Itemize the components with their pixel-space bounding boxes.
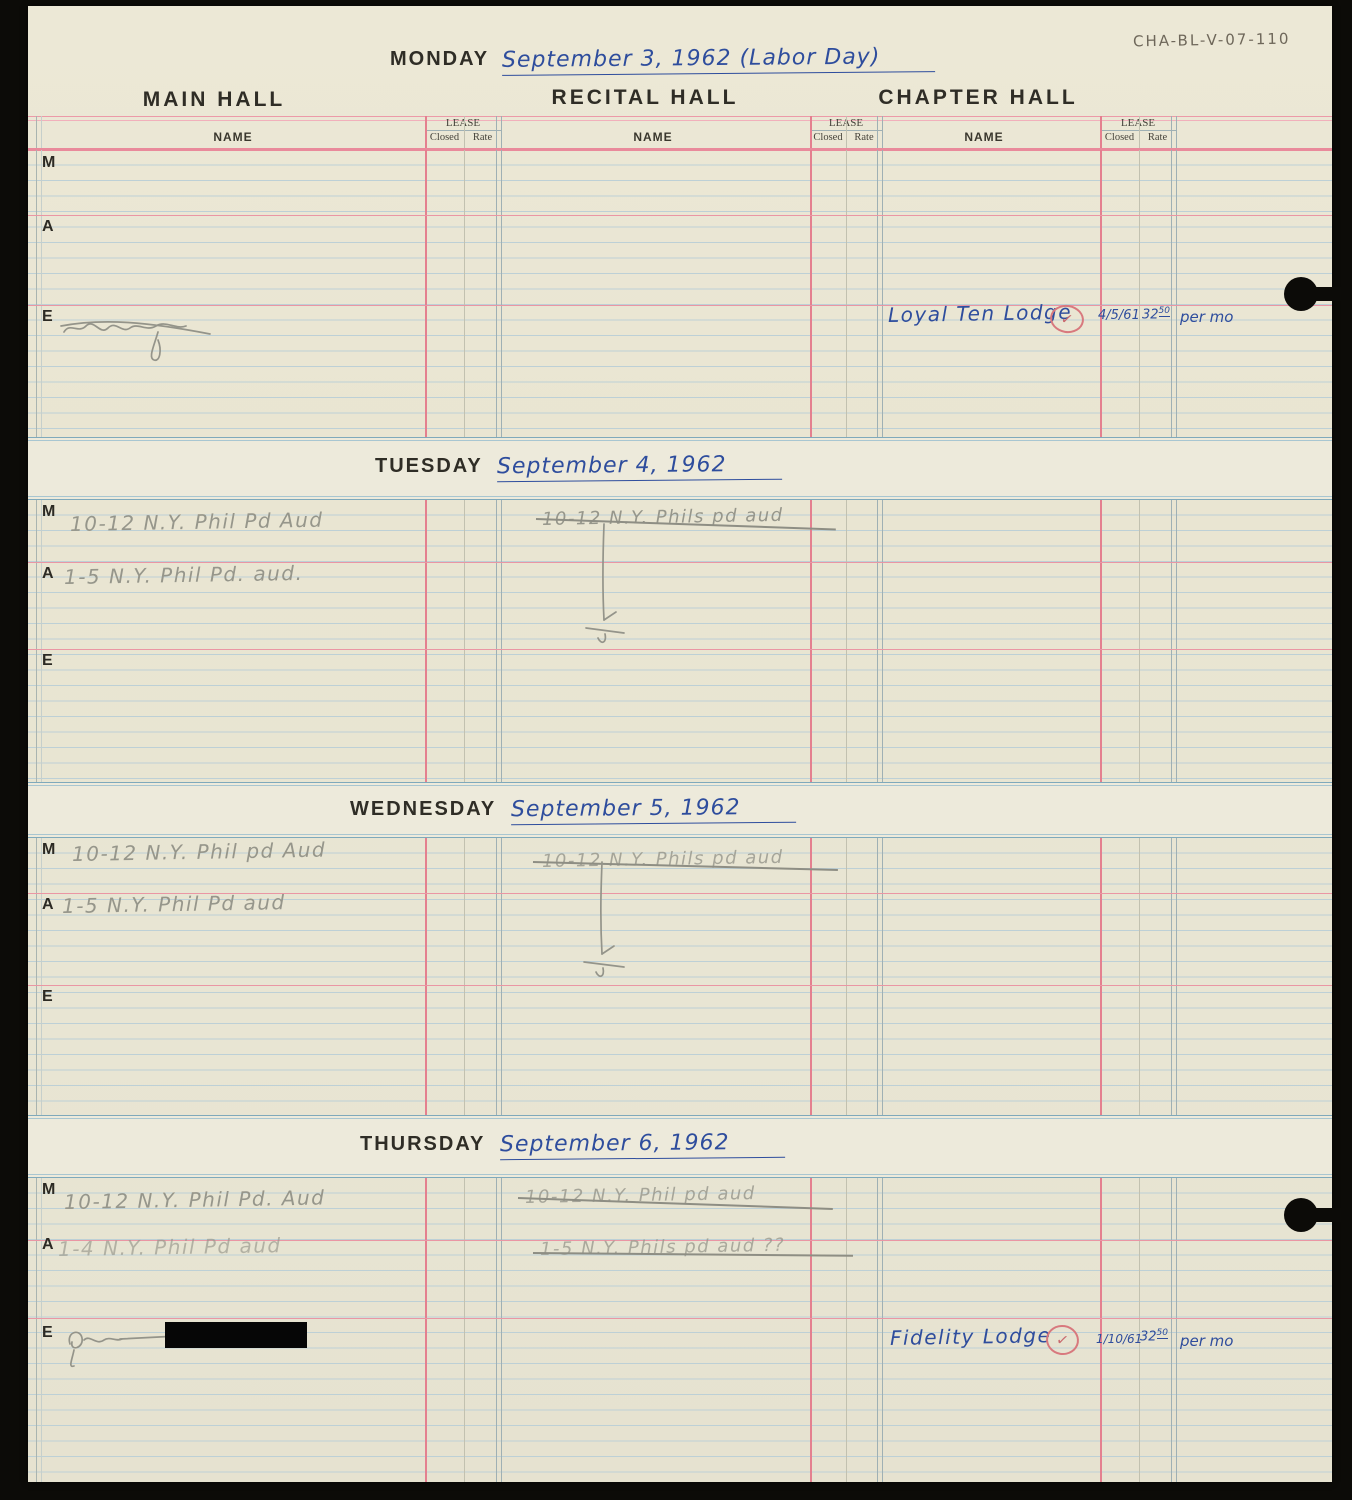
wednesday-row-a: A	[42, 896, 54, 914]
column-rule	[877, 838, 878, 1115]
column-rule	[41, 500, 42, 782]
column-rule	[846, 500, 847, 782]
column-rule	[425, 1178, 427, 1482]
tuesday-rule-evening	[28, 649, 1332, 650]
main-afternoon-thursday: 1-4 N.Y. Phil Pd aud	[58, 1233, 282, 1261]
column-rule	[496, 150, 497, 437]
column-rule	[1176, 500, 1177, 782]
column-rule	[1176, 150, 1177, 437]
chapter-evening-name-monday: Loyal Ten Lodge	[888, 300, 1072, 327]
column-rule	[1139, 150, 1140, 437]
column-rule	[877, 150, 878, 437]
lease-header-main: LEASE	[425, 117, 501, 129]
column-rule	[464, 150, 465, 437]
punch-hole-slot	[1314, 287, 1352, 301]
column-rule	[882, 1178, 883, 1482]
day-title-wednesday: WEDNESDAY September 5, 1962	[350, 796, 795, 824]
monday-rule-afternoon	[28, 215, 1332, 216]
column-rule	[501, 1178, 502, 1482]
hall-header-recital: RECITAL HALL	[488, 86, 802, 110]
main-afternoon-tuesday: 1-5 N.Y. Phil Pd. aud.	[64, 561, 304, 589]
column-rule	[877, 500, 878, 782]
column-rule	[1139, 116, 1140, 150]
column-rule	[1100, 1178, 1102, 1482]
day-date-monday: September 3, 1962 (Labor Day)	[501, 44, 935, 76]
column-rule	[882, 500, 883, 782]
column-rule	[1139, 838, 1140, 1115]
column-rule	[810, 500, 812, 782]
column-rule	[496, 1178, 497, 1482]
chapter-evening-name-thursday: Fidelity Lodge	[890, 1323, 1052, 1350]
column-rule	[501, 116, 502, 150]
column-rule	[1171, 500, 1172, 782]
closed-header-chapter: Closed	[1100, 132, 1139, 143]
main-morning-wednesday: 10-12 N.Y. Phil pd Aud	[72, 838, 327, 866]
column-rule	[846, 150, 847, 437]
column-rule	[425, 150, 427, 437]
wednesday-row-e: E	[42, 988, 53, 1006]
day-date-wednesday: September 5, 1962	[511, 795, 796, 825]
lease-closed-thursday: 1/10/61	[1096, 1332, 1142, 1346]
column-rule	[1176, 838, 1177, 1115]
main-morning-thursday: 10-12 N.Y. Phil Pd. Aud	[64, 1185, 326, 1214]
thursday-row-e: E	[42, 1324, 53, 1342]
day-label-tuesday: TUESDAY	[375, 455, 483, 477]
column-rule	[1176, 1178, 1177, 1482]
wednesday-row-m: M	[42, 841, 55, 859]
column-rule	[846, 838, 847, 1115]
column-rule	[1176, 116, 1177, 150]
column-rule	[464, 838, 465, 1115]
column-rule	[464, 116, 465, 150]
day-title-thursday: THURSDAY September 6, 1962	[360, 1131, 784, 1159]
monday-row-e: E	[42, 308, 53, 326]
column-rule	[810, 838, 812, 1115]
grid-monday	[28, 150, 1332, 437]
column-rule	[846, 1178, 847, 1482]
thursday-rule-evening	[28, 1318, 1332, 1319]
monday-row-m: M	[42, 154, 55, 172]
column-rule	[882, 838, 883, 1115]
column-rule	[425, 500, 427, 782]
column-rule	[464, 1178, 465, 1482]
lease-rate-monday: 3250	[1142, 306, 1170, 322]
day-title-tuesday: TUESDAY September 4, 1962	[375, 453, 782, 481]
scanned-page: CHA-BL-V-07-110 MONDAY September 3, 1962…	[0, 0, 1352, 1500]
column-rule	[425, 116, 427, 150]
column-rule	[464, 500, 465, 782]
column-rule	[846, 116, 847, 150]
column-header-row: NAME NAME NAME LEASE LEASE LEASE Closed …	[28, 116, 1332, 150]
column-rule	[36, 1178, 37, 1482]
rate-cents: 50	[1157, 1328, 1168, 1339]
redaction-box	[165, 1322, 307, 1348]
punch-hole	[1284, 277, 1318, 311]
column-rule	[1171, 150, 1172, 437]
column-rule	[496, 838, 497, 1115]
lease-closed-monday: 4/5/61	[1098, 308, 1140, 323]
column-rule	[1171, 116, 1172, 150]
column-rule	[1100, 838, 1102, 1115]
tuesday-row-a: A	[42, 565, 54, 583]
recital-afternoon-struck-thursday: 1-5 N.Y. Phils pd aud ??	[540, 1235, 785, 1260]
column-rule	[810, 150, 812, 437]
column-rule	[41, 116, 42, 150]
rate-dollars: 32	[1142, 307, 1159, 322]
tuesday-row-e: E	[42, 652, 53, 670]
column-rule	[1139, 500, 1140, 782]
archive-code: CHA-BL-V-07-110	[1133, 30, 1291, 51]
main-afternoon-wednesday: 1-5 N.Y. Phil Pd aud	[62, 890, 286, 918]
column-rule	[501, 150, 502, 437]
name-header-main: NAME	[68, 130, 398, 144]
column-rule	[1171, 838, 1172, 1115]
column-rule	[877, 116, 878, 150]
column-rule	[36, 116, 37, 150]
column-rule	[877, 1178, 878, 1482]
day-label-monday: MONDAY	[390, 48, 489, 70]
closed-header-main: Closed	[425, 132, 464, 143]
day-date-tuesday: September 4, 1962	[497, 452, 782, 482]
main-morning-tuesday: 10-12 N.Y. Phil Pd Aud	[70, 508, 324, 536]
illegible-scribble	[58, 302, 233, 364]
column-rule	[496, 116, 497, 150]
closed-header-recital: Closed	[810, 132, 846, 143]
grid-wednesday	[28, 838, 1332, 1115]
pencil-mark	[566, 520, 636, 650]
column-rule	[882, 150, 883, 437]
rate-dollars: 32	[1140, 1329, 1157, 1344]
punch-hole	[1284, 1198, 1318, 1232]
hall-header-main: MAIN HALL	[54, 88, 374, 112]
rate-note-monday: per mo	[1180, 308, 1233, 326]
punch-hole-slot	[1314, 1208, 1352, 1222]
column-rule	[36, 500, 37, 782]
column-rule	[1171, 1178, 1172, 1482]
rate-cents: 50	[1159, 306, 1170, 317]
ledger-sheet: CHA-BL-V-07-110 MONDAY September 3, 1962…	[28, 6, 1332, 1482]
column-rule	[36, 838, 37, 1115]
grid-tuesday	[28, 500, 1332, 782]
day-label-thursday: THURSDAY	[360, 1133, 485, 1155]
lease-rate-thursday: 3250	[1140, 1328, 1168, 1344]
column-rule	[810, 1178, 812, 1482]
monday-row-a: A	[42, 218, 54, 236]
name-header-chapter: NAME	[884, 130, 1084, 144]
hall-header-chapter: CHAPTER HALL	[828, 86, 1128, 110]
column-rule	[496, 500, 497, 782]
column-rule	[501, 838, 502, 1115]
name-header-recital: NAME	[508, 130, 798, 144]
wednesday-rule-evening	[28, 985, 1332, 986]
column-rule	[501, 500, 502, 782]
day-date-thursday: September 6, 1962	[500, 1130, 785, 1160]
column-rule	[425, 838, 427, 1115]
column-rule	[1100, 116, 1102, 150]
pencil-mark	[566, 858, 636, 983]
column-rule	[41, 150, 42, 437]
thursday-row-m: M	[42, 1181, 55, 1199]
column-rule	[1100, 500, 1102, 782]
lease-header-chapter: LEASE	[1100, 117, 1176, 129]
thursday-row-a: A	[42, 1236, 54, 1254]
rate-note-thursday: per mo	[1180, 1332, 1233, 1350]
lease-divider-main	[425, 130, 501, 131]
tuesday-row-m: M	[42, 503, 55, 521]
column-rule	[36, 150, 37, 437]
day-label-wednesday: WEDNESDAY	[350, 798, 496, 820]
lease-divider-chapter	[1100, 130, 1176, 131]
column-rule	[41, 838, 42, 1115]
column-rule	[882, 116, 883, 150]
day-title-monday: MONDAY September 3, 1962 (Labor Day)	[390, 46, 935, 74]
column-rule	[810, 116, 812, 150]
column-rule	[1100, 150, 1102, 437]
